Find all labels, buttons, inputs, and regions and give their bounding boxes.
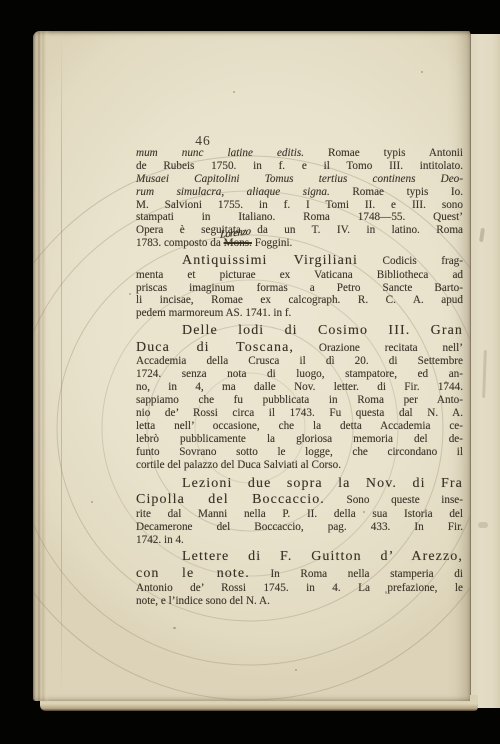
- text-line: Musaei Capitolini Tomus tertius continen…: [136, 173, 463, 186]
- text-line: note, e l’indice sono del N. A.: [136, 595, 463, 608]
- text-segment: Accademia della Crusca il dì 20. di Sett…: [136, 355, 463, 367]
- text-line: nio de’ Rossi circa il 1743. Fu questa d…: [136, 407, 463, 420]
- text-segment: note, e l’indice sono del N. A.: [136, 595, 270, 607]
- text-line: 1724. senza nota di luogo, stampatore, e…: [136, 368, 463, 381]
- text-line: con le note. In Roma nella stamperia di: [136, 566, 463, 582]
- ink-bleed-mark: [478, 522, 488, 528]
- text-line: funto Sovrano sotto le logge, che circon…: [136, 446, 463, 459]
- text-segment: In Roma nella stamperia di: [250, 568, 463, 580]
- text-segment: Codicis frag-: [358, 255, 463, 267]
- text-segment: Romae typis Antonii: [304, 147, 463, 159]
- text-line: menta et picturae ex Vaticana Bibliothec…: [136, 269, 463, 282]
- text-segment: M. Salvioni 1755. in f. I Tomi II. e III…: [136, 199, 463, 211]
- text-line: cortile del palazzo del Duca Salviati al…: [136, 459, 463, 472]
- paper-speck: [233, 91, 235, 93]
- text-segment: de Rubeis 1750. in f. e il Tomo III. int…: [136, 160, 463, 172]
- text-line: Delle lodi di Cosimo III. Gran: [136, 323, 463, 340]
- text-line: lebrò pubblicamente la gloriosa memoria …: [136, 433, 463, 446]
- text-line: Antonio de’ Rossi 1745. in 4. La prefazi…: [136, 582, 463, 595]
- text-line: Decamerone del Boccaccio, pag. 433. In F…: [136, 521, 463, 534]
- text-segment: funto Sovrano sotto le logge, che circon…: [136, 446, 463, 458]
- text-segment: Orazione recitata nell’: [294, 342, 463, 354]
- text-segment: no, in 4, ma dalle Nov. letter. di Fir. …: [136, 381, 463, 393]
- catalog-entry: Lezioni due sopra la Nov. di FraCipolla …: [136, 476, 463, 547]
- text-line: pedem marmoreum AS. 1741. in f.: [136, 307, 463, 320]
- text-line: M. Salvioni 1755. in f. I Tomi II. e III…: [136, 199, 463, 212]
- text-line: rum simulacra, aliaque signa. Romae typi…: [136, 186, 463, 199]
- catalog-entry: Delle lodi di Cosimo III. GranDuca di To…: [136, 323, 463, 471]
- text-segment: Lezioni due sopra la Nov. di Fra: [182, 476, 463, 491]
- text-segment: Musaei Capitolini Tomus tertius continen…: [136, 173, 463, 185]
- text-line: Antiquissimi Virgiliani Codicis frag-: [136, 253, 463, 269]
- paper-speck: [173, 627, 176, 629]
- text-line: rite dal Manni nella P. II. della sua Is…: [136, 508, 463, 521]
- page-crease-line: [61, 35, 62, 698]
- text-line: 1742. in 4.: [136, 534, 463, 547]
- paper-speck: [129, 293, 131, 295]
- text-segment: Decamerone del Boccaccio, pag. 433. In F…: [136, 521, 463, 533]
- text-segment: cortile del palazzo del Duca Salviati al…: [136, 459, 341, 471]
- text-line: Lettere di F. Guitton d’ Arezzo,: [136, 549, 463, 566]
- text-segment: menta et picturae ex Vaticana Bibliothec…: [136, 269, 463, 281]
- paper-speck: [421, 71, 423, 73]
- page-text-block: mum nunc latine editis. Romae typis Anto…: [136, 147, 463, 608]
- text-line: letta nell’ occasione, che la detta Acca…: [136, 420, 463, 433]
- text-line: Lezioni due sopra la Nov. di Fra: [136, 476, 463, 493]
- text-line: no, in 4, ma dalle Nov. letter. di Fir. …: [136, 381, 463, 394]
- text-line: 1783. composto da Mons.Lorenzo Foggini.: [136, 237, 463, 250]
- text-line: sappiamo che fu pubblicata in Roma per A…: [136, 394, 463, 407]
- text-segment: sappiamo che fu pubblicata in Roma per A…: [136, 394, 463, 406]
- text-segment: priscas imaginum formas a Petro Sancte B…: [136, 282, 463, 294]
- text-segment: Delle lodi di Cosimo III. Gran: [182, 323, 463, 338]
- text-segment: con le note.: [136, 566, 250, 581]
- text-segment: letta nell’ occasione, che la detta Acca…: [136, 420, 463, 432]
- ink-bleed-mark: [482, 350, 487, 398]
- text-line: priscas imaginum formas a Petro Sancte B…: [136, 282, 463, 295]
- adjacent-page-edge: [470, 34, 500, 708]
- text-segment: Sono queste inse-: [325, 494, 463, 506]
- text-segment: Foggini.: [252, 237, 292, 249]
- paper-speck: [91, 501, 93, 503]
- catalog-entry: mum nunc latine editis. Romae typis Anto…: [136, 147, 463, 250]
- text-segment: Cipolla del Boccaccio.: [136, 492, 325, 507]
- text-segment: Duca di Toscana,: [136, 340, 294, 355]
- book-scan: 46 mum nunc latine editis. Romae typis A…: [0, 0, 500, 744]
- text-segment: Antonio de’ Rossi 1745. in 4. La prefazi…: [136, 582, 463, 594]
- text-segment: pedem marmoreum AS. 1741. in f.: [136, 307, 291, 319]
- text-segment: nio de’ Rossi circa il 1743. Fu questa d…: [136, 407, 463, 419]
- text-line: Opera è seguitata da un T. IV. in latino…: [136, 224, 463, 237]
- text-segment: 1742. in 4.: [136, 534, 184, 546]
- text-line: mum nunc latine editis. Romae typis Anto…: [136, 147, 463, 160]
- text-line: Cipolla del Boccaccio. Sono queste inse-: [136, 492, 463, 508]
- book-spine-edge: [33, 31, 51, 701]
- text-segment: Lettere di F. Guitton d’ Arezzo,: [182, 549, 463, 564]
- text-segment: Antiquissimi Virgiliani: [182, 253, 358, 268]
- catalog-entry: Lettere di F. Guitton d’ Arezzo,con le n…: [136, 549, 463, 607]
- text-line: li incisae, Romae ex calcograph. R. C. A…: [136, 294, 463, 307]
- book-page: 46 mum nunc latine editis. Romae typis A…: [33, 31, 470, 701]
- text-segment: rite dal Manni nella P. II. della sua Is…: [136, 508, 463, 520]
- text-line: stampati in Italiano. Roma 1748—55. Ques…: [136, 211, 463, 224]
- text-segment: stampati in Italiano. Roma 1748—55. Ques…: [136, 211, 463, 223]
- text-segment: 1783. composto da: [136, 237, 224, 249]
- text-line: de Rubeis 1750. in f. e il Tomo III. int…: [136, 160, 463, 173]
- text-segment: rum simulacra, aliaque signa.: [136, 186, 330, 198]
- paper-speck: [295, 669, 297, 671]
- text-segment: Romae typis Io.: [330, 186, 463, 198]
- ink-bleed-mark: [479, 228, 485, 242]
- text-segment: 1724. senza nota di luogo, stampatore, e…: [136, 368, 463, 380]
- struck-out-word: Mons.Lorenzo: [224, 237, 252, 249]
- text-segment: li incisae, Romae ex calcograph. R. C. A…: [136, 294, 463, 306]
- catalog-entry: Antiquissimi Virgiliani Codicis frag-men…: [136, 253, 463, 320]
- text-line: Duca di Toscana, Orazione recitata nell’: [136, 340, 463, 356]
- text-segment: Opera è seguitata da un T. IV. in latino…: [136, 224, 463, 236]
- text-segment: lebrò pubblicamente la gloriosa memoria …: [136, 433, 463, 445]
- handwritten-correction: Lorenzo: [219, 226, 250, 243]
- text-line: Accademia della Crusca il dì 20. di Sett…: [136, 355, 463, 368]
- text-segment: mum nunc latine editis.: [136, 147, 304, 159]
